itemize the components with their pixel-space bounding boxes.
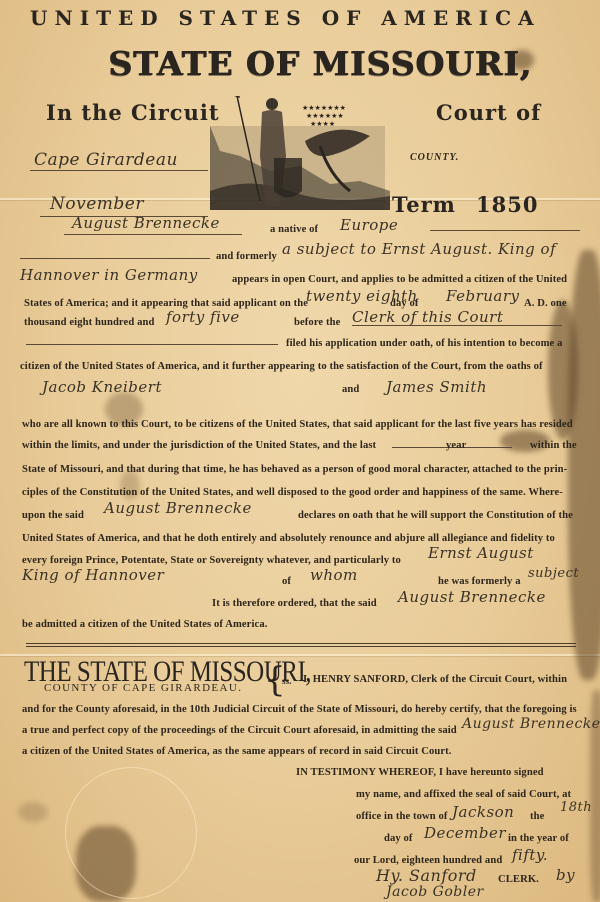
county-label: COUNTY. <box>410 152 459 163</box>
underline <box>352 325 562 326</box>
whom-handwritten: whom <box>310 566 358 584</box>
county-underline <box>30 170 208 171</box>
water-stain <box>18 802 48 822</box>
testimony-line: office in the town of <box>356 811 448 822</box>
body-line: who are all known to this Court, to be c… <box>22 419 573 430</box>
town-handwritten: Jackson <box>452 803 514 821</box>
header-line1: UNITED STATES OF AMERICA <box>30 6 541 30</box>
term-year: 1850 <box>476 192 538 217</box>
applicant-name: August Brennecke <box>72 214 220 232</box>
court-label-left: In the Circuit <box>46 100 220 125</box>
formerly-label: and formerly <box>216 251 277 262</box>
body-line: thousand eight hundred and <box>24 317 154 328</box>
engraving-illustration: ★★★★★★★ ★★★★★★ ★★★★ <box>210 96 390 210</box>
certificate-line: a citizen of the United States of Americ… <box>22 746 452 757</box>
subject-handwritten: subject <box>528 566 579 581</box>
body-line: within the <box>530 440 577 451</box>
sovereign-handwritten: Ernst August <box>428 544 534 562</box>
clerk-signature: Hy. Sanford <box>376 866 477 885</box>
divider-rule <box>26 646 576 647</box>
ss-label: ss. <box>282 676 292 686</box>
header-state: STATE OF MISSOURI, <box>108 44 532 83</box>
water-stain <box>568 250 600 680</box>
testimony-line: IN TESTIMONY WHEREOF, I have hereunto si… <box>296 767 544 778</box>
term-label: Term <box>392 192 456 217</box>
witness-1: Jacob Kneibert <box>42 378 162 396</box>
body-line: United States of America, and that he do… <box>22 533 555 544</box>
body-line: A. D. one <box>524 298 567 309</box>
certificate-county-heading: COUNTY OF CAPE GIRARDEAU. <box>44 682 242 694</box>
and-label: and <box>342 384 359 395</box>
month-handwritten: December <box>424 824 506 842</box>
body-line: State of Missouri, and that during that … <box>22 464 567 475</box>
applicant-name-2: August Brennecke <box>104 499 252 517</box>
svg-text:★★★★: ★★★★ <box>310 120 335 128</box>
clerk-line: I, HENRY SANFORD, Clerk of the Circuit C… <box>303 674 567 685</box>
body-line: within the limits, and under the jurisdi… <box>22 440 376 451</box>
formerly-value: a subject to Ernst August. King of <box>282 240 556 258</box>
body-line: he was formerly a <box>438 576 521 587</box>
body-line: It is therefore ordered, that the said <box>212 598 377 609</box>
underline <box>430 230 580 231</box>
certificate-line: and for the County aforesaid, in the 10t… <box>22 704 577 715</box>
embossed-seal <box>65 767 197 899</box>
body-line: filed his application under oath, of his… <box>286 338 562 349</box>
body-line: be admitted a citizen of the United Stat… <box>22 619 267 630</box>
certificate-line: a true and perfect copy of the proceedin… <box>22 725 457 736</box>
county-handwritten: Cape Girardeau <box>34 150 178 170</box>
of-label: of <box>282 576 291 587</box>
the-label: the <box>530 811 544 822</box>
native-of-label: a native of <box>270 224 318 235</box>
formerly-value-2: Hannover in Germany <box>20 266 198 284</box>
body-line: every foreign Prince, Potentate, State o… <box>22 555 401 566</box>
term-month: November <box>50 194 144 214</box>
body-line: before the <box>294 317 340 328</box>
svg-text:★★★★★★: ★★★★★★ <box>306 112 344 120</box>
applicant-name-3: August Brennecke <box>398 588 546 606</box>
court-label-right: Court of <box>436 100 541 125</box>
testimony-line: our Lord, eighteen hundred and <box>354 855 502 866</box>
years-handwritten: year <box>446 440 466 451</box>
body-line: upon the said <box>22 510 84 521</box>
year-handwritten: fifty. <box>512 846 548 864</box>
sovereign-title-handwritten: King of Hannover <box>22 566 164 584</box>
clerk-label: CLERK. <box>498 874 539 885</box>
applicant-name-4: August Brennecke <box>462 716 600 732</box>
svg-text:★★★★★★★: ★★★★★★★ <box>302 104 346 112</box>
divider-rule <box>26 643 576 644</box>
deputy-signature: Jacob Gobler <box>386 884 484 900</box>
underline <box>26 344 278 345</box>
year-handwritten: forty five <box>166 308 240 326</box>
native-of-value: Europe <box>340 216 398 234</box>
body-line: ciples of the Constitution of the United… <box>22 487 563 498</box>
testimony-line: day of <box>384 833 413 844</box>
body-line: appears in open Court, and applies to be… <box>232 274 567 285</box>
underline <box>64 234 242 235</box>
day-handwritten: 18th <box>560 800 592 815</box>
witness-2: James Smith <box>386 378 487 396</box>
testimony-line: my name, and affixed the seal of said Co… <box>356 789 571 800</box>
by-handwritten: by <box>556 866 575 884</box>
body-line: citizen of the United States of America,… <box>20 361 543 372</box>
testimony-line: in the year of <box>508 833 569 844</box>
before-handwritten: Clerk of this Court <box>352 308 503 326</box>
month-handwritten: February <box>446 287 520 305</box>
body-line: declares on oath that he will support th… <box>298 510 573 521</box>
underline <box>20 258 210 259</box>
